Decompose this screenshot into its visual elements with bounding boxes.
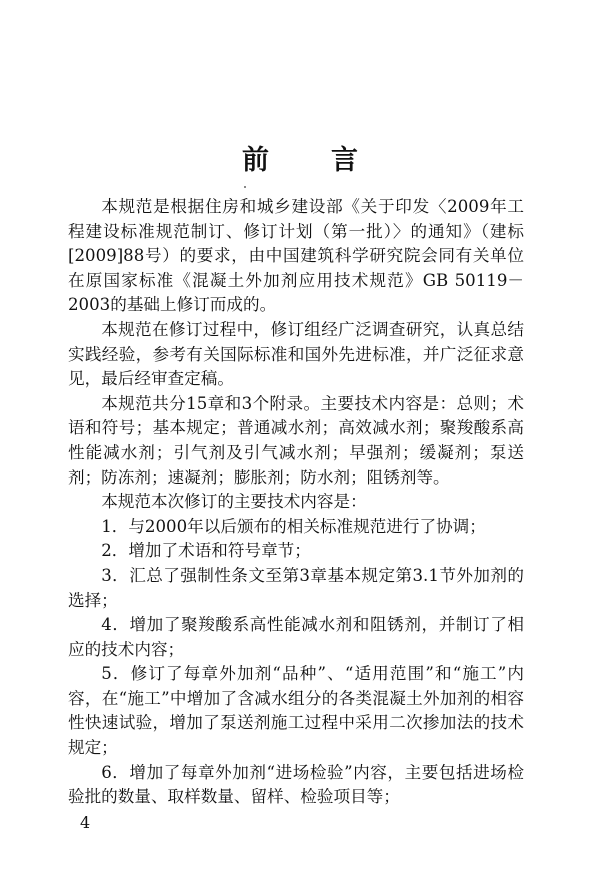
- revision-item-2: 2．增加了术语和符号章节；: [68, 539, 524, 564]
- revision-item-6: 6．增加了每章外加剂“进场检验”内容，主要包括进场检验批的数量、取样数量、留样、…: [68, 761, 524, 810]
- revision-item-4: 4．增加了聚羧酸系高性能减水剂和阻锈剂，并制订了相应的技术内容；: [68, 613, 524, 662]
- paragraph-process: 本规范在修订过程中，修订组经广泛调查研究，认真总结实践经验，参考有关国际标准和国…: [68, 318, 524, 392]
- title-char-1: 前: [242, 138, 269, 177]
- scan-speck: [244, 186, 246, 188]
- revision-item-5: 5．修订了每章外加剂“品种”、“适用范围”和“施工”内容，在“施工”中增加了含减…: [68, 662, 524, 760]
- revision-item-3: 3．汇总了强制性条文至第3章基本规定第3.1节外加剂的选择；: [68, 564, 524, 613]
- title-char-2: 言: [331, 138, 358, 177]
- paragraph-contents: 本规范共分15章和3个附录。主要技术内容是：总则；术语和符号；基本规定；普通减水…: [68, 392, 524, 490]
- document-body: 本规范是根据住房和城乡建设部《关于印发〈2009年工程建设标准规范制订、修订计划…: [68, 195, 524, 810]
- page-number: 4: [80, 813, 90, 832]
- revision-item-1: 1．与2000年以后颁布的相关标准规范进行了协调；: [68, 515, 524, 540]
- page-title: 前言: [0, 138, 600, 177]
- paragraph-revision-intro: 本规范本次修订的主要技术内容是：: [68, 490, 524, 515]
- paragraph-basis: 本规范是根据住房和城乡建设部《关于印发〈2009年工程建设标准规范制订、修订计划…: [68, 195, 524, 318]
